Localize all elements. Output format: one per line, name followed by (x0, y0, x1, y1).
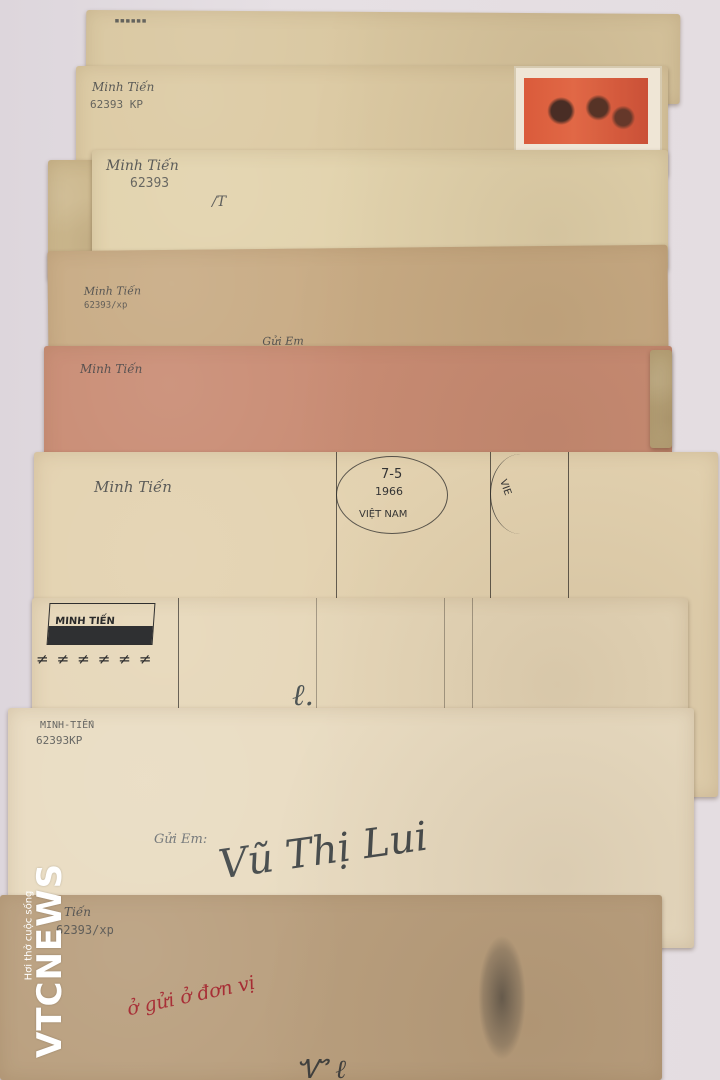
sender-name-stamp: MINH TIẾN (47, 603, 156, 645)
cross-marks: ≠≠≠≠≠≠ (36, 650, 159, 668)
postmark-country: VIỆT NAM (359, 509, 407, 520)
envelope-mark: /T (212, 194, 226, 210)
postmark-date: 7-5 (381, 467, 402, 482)
sender-name: Minh Tiến (84, 284, 141, 298)
vtcnews-tagline: Hơi thở cuộc sống (23, 891, 34, 981)
postmark-country: VIE (497, 478, 513, 497)
column-rule (336, 452, 337, 602)
postmark-partial: VIE (490, 454, 551, 534)
sender-code: 62393KP (36, 734, 82, 747)
sender-name: Minh Tiến (80, 362, 142, 376)
sender-name: Minh Tiến (92, 80, 154, 94)
greeting-note: Gửi Em: (154, 832, 207, 847)
column-rule (316, 598, 317, 722)
stamp-illustration (524, 78, 648, 144)
sender-name: Minh Tiến (106, 158, 179, 174)
vtcnews-watermark: VTCNEWS Hơi thở cuộc sống (2, 840, 72, 1060)
column-rule (178, 598, 179, 722)
sender-name: MINH-TIẾN (40, 720, 94, 731)
envelope-5-edge (650, 350, 672, 448)
column-rule (568, 452, 569, 602)
vtcnews-logo: VTCNEWS (30, 838, 70, 1058)
postmark-year: 1966 (375, 485, 403, 498)
sender-name: Minh Tiến (94, 478, 172, 496)
sender-name-stamp-text: MINH TIẾN (55, 616, 115, 627)
recipient-name: Vũ Thị Lui (216, 814, 431, 889)
sender-code: 62393/xp (84, 300, 127, 310)
envelope-9: Tiến 62393/xp ở gửi ở đơn vị Ꮙ ℓ (0, 895, 662, 1080)
column-rule (444, 598, 445, 722)
column-rule (490, 452, 491, 602)
envelope-1-text: ▪▪▪▪▪▪ (114, 16, 147, 26)
postmark: 7-5 1966 VIỆT NAM (336, 456, 448, 534)
photo-stack-of-letters: ▪▪▪▪▪▪ Minh Tiến 62393 KP Minh Tiến 6239… (0, 0, 720, 1080)
red-handwritten-note: ở gửi ở đơn vị (125, 972, 257, 1021)
column-rule (472, 598, 473, 722)
ink-smudge (478, 935, 526, 1060)
handwriting-fragment: Ꮙ ℓ (296, 1055, 346, 1080)
sender-code: 62393 KP (90, 98, 143, 111)
postage-stamp (514, 66, 662, 156)
sender-code: 62393 (130, 176, 169, 191)
